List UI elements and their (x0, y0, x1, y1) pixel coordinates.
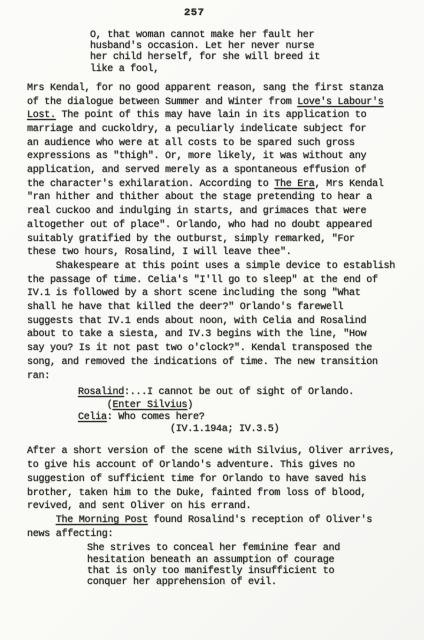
transition-quote: Rosalind:...I cannot be out of sight of … (78, 387, 424, 436)
text-line: of the dialogue between Summer and Winte… (27, 96, 424, 110)
text-line: She strives to conceal her feminine fear… (87, 543, 424, 554)
text-line: song, and removed the indications of tim… (27, 356, 424, 370)
text-line: to give his account of Orlando's adventu… (27, 459, 424, 473)
text-line: IV.1 is followed by a short scene includ… (27, 287, 424, 301)
text-line: (Enter Silvius) (78, 400, 424, 412)
text-line: "ran hither and thither about the stage … (27, 191, 424, 205)
text-line: her child herself, for she will breed it (90, 52, 424, 63)
text-line: suggestion of sufficient time for Orland… (27, 473, 424, 487)
text-line: After a short version of the scene with … (27, 445, 424, 459)
text-line: real cuckoo and indulging in starts, and… (27, 205, 424, 219)
text-line: Mrs Kendal, for no good apparent reason,… (27, 82, 424, 96)
text-line: these two hours, Rosalind, I will leave … (27, 246, 424, 260)
text-line: that is only too manifestly insufficient… (87, 566, 424, 577)
text-line: about to take a siesta, and IV.3 begins … (27, 328, 424, 342)
text-line: hesitation beneath an assumption of cour… (87, 555, 424, 566)
text-line: suitably gratified by the outburst, simp… (27, 233, 424, 247)
paragraph-passage-of-time: Shakespeare at this point uses a simple … (27, 260, 424, 383)
text-line: like a fool, (90, 64, 424, 75)
paragraph-oliver-arrives: After a short version of the scene with … (27, 445, 424, 514)
text-line: application, and served merely as a spon… (27, 164, 424, 178)
text-line: altogether out of place". Orlando, who h… (27, 219, 424, 233)
text-line: Rosalind:...I cannot be out of sight of … (78, 387, 424, 399)
text-line: news affecting: (27, 528, 424, 542)
text-line: marriage and cuckoldry, a peculiarly ind… (27, 123, 424, 137)
text-line: the character's exhilaration. According … (27, 178, 424, 192)
text-line: O, that woman cannot make her fault her (90, 30, 424, 41)
closing-quote: She strives to conceal her feminine fear… (87, 543, 424, 588)
opening-quote: O, that woman cannot make her fault herh… (90, 30, 424, 75)
text-line: revived, and sent Oliver on his errand. (27, 500, 424, 514)
text-line: The Morning Post found Rosalind's recept… (27, 514, 424, 528)
text-line: expressions as "thigh". Or, more likely,… (27, 150, 424, 164)
text-line: an audience who were at all costs to be … (27, 137, 424, 151)
text-line: (IV.1.194a; IV.3.5) (78, 424, 424, 436)
text-line: suggests that IV.1 ends about noon, with… (27, 315, 424, 329)
text-line: ran: (27, 370, 424, 384)
text-line: Shakespeare at this point uses a simple … (27, 260, 424, 274)
text-line: say you? Is it not past two o'clock?". K… (27, 342, 424, 356)
scanned-page: 257 O, that woman cannot make her fault … (0, 0, 424, 640)
page-number: 257 (0, 0, 424, 19)
paragraph-kendal-song: Mrs Kendal, for no good apparent reason,… (27, 82, 424, 260)
text-line: the passage of time. Celia's "I'll go to… (27, 274, 424, 288)
paragraph-morning-post: The Morning Post found Rosalind's recept… (27, 514, 424, 541)
text-line: husband's occasion. Let her never nurse (90, 41, 424, 52)
text-line: shall he have that killed the deer?" Orl… (27, 301, 424, 315)
text-line: Celia: Who comes here? (78, 412, 424, 424)
text-line: Lost. The point of this may have lain in… (27, 109, 424, 123)
text-line: brother, taken him to the Duke, fainted … (27, 487, 424, 501)
text-line: conquer her apprehension of evil. (87, 577, 424, 588)
